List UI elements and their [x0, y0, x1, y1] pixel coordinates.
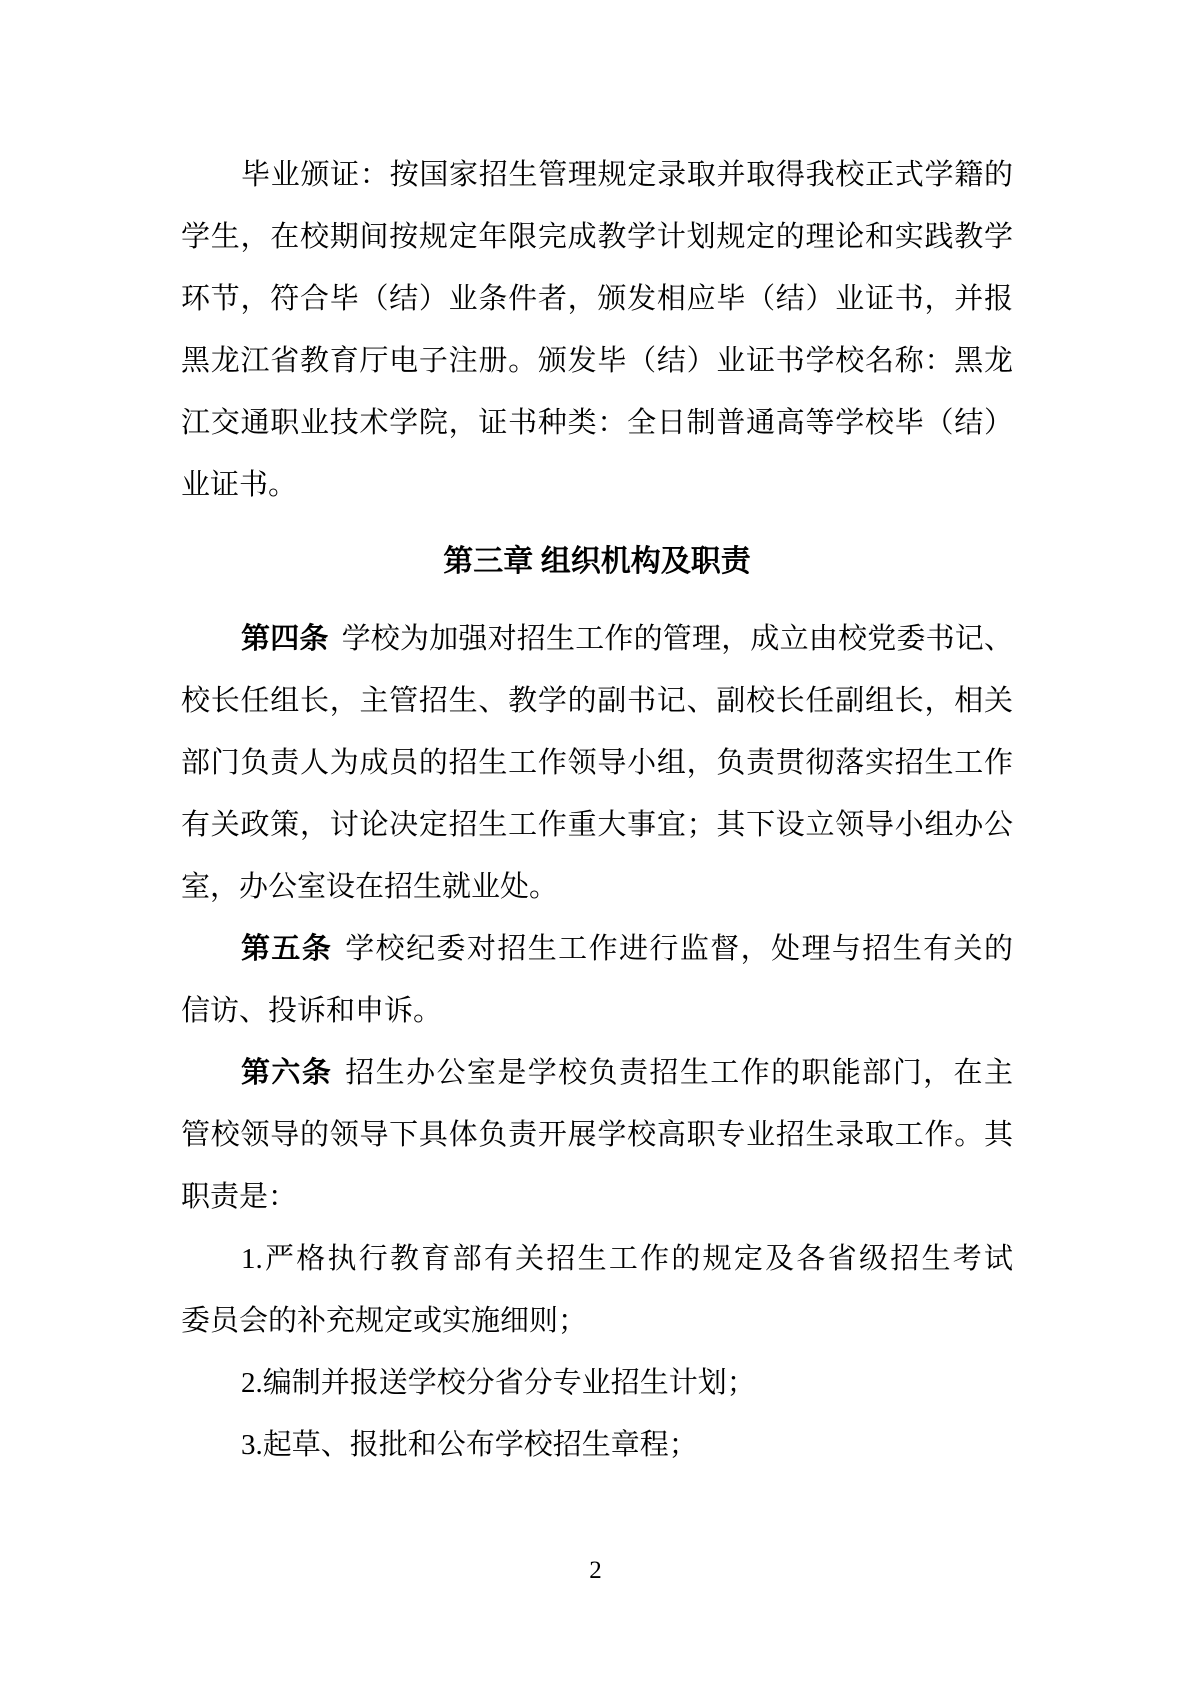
list-item-line: 2.编制并报送学校分省分专业招生计划； — [181, 1352, 1013, 1414]
paragraph-line: 学生，在校期间按规定年限完成教学计划规定的理论和实践教学 — [181, 206, 1013, 268]
list-item-line: 3.起草、报批和公布学校招生章程； — [181, 1414, 1013, 1476]
list-item-line: 委员会的补充规定或实施细则； — [181, 1290, 1013, 1352]
article-text: 学校纪委对招生工作进行监督，处理与招生有关的 — [345, 933, 1013, 965]
paragraph-line: 部门负责人为成员的招生工作领导小组，负责贯彻落实招生工作 — [181, 732, 1013, 794]
paragraph-line: 职责是： — [181, 1166, 1013, 1228]
paragraph-line: 江交通职业技术学院，证书种类：全日制普通高等学校毕（结） — [181, 392, 1013, 454]
paragraph-line: 黑龙江省教育厅电子注册。颁发毕（结）业证书学校名称：黑龙 — [181, 330, 1013, 392]
paragraph-line: 第五条学校纪委对招生工作进行监督，处理与招生有关的 — [181, 918, 1013, 980]
article-text: 学校为加强对招生工作的管理，成立由校党委书记、 — [342, 623, 1013, 655]
paragraph-line: 第六条招生办公室是学校负责招生工作的职能部门，在主 — [181, 1042, 1013, 1104]
article-term: 第六条 — [241, 1057, 332, 1089]
chapter-heading: 第三章 组织机构及职责 — [181, 531, 1013, 593]
paragraph-line: 校长任组长，主管招生、教学的副书记、副校长任副组长，相关 — [181, 670, 1013, 732]
paragraph-line: 环节，符合毕（结）业条件者，颁发相应毕（结）业证书，并报 — [181, 268, 1013, 330]
article-term: 第五条 — [241, 933, 332, 965]
paragraph-line: 业证书。 — [181, 454, 1013, 516]
list-item-line: 1.严格执行教育部有关招生工作的规定及各省级招生考试 — [181, 1228, 1013, 1290]
paragraph-line: 信访、投诉和申诉。 — [181, 980, 1013, 1042]
paragraph-line: 管校领导的领导下具体负责开展学校高职专业招生录取工作。其 — [181, 1104, 1013, 1166]
document-page: 毕业颁证：按国家招生管理规定录取并取得我校正式学籍的 学生，在校期间按规定年限完… — [0, 0, 1191, 1684]
page-number: 2 — [0, 1548, 1191, 1594]
paragraph-line: 第四条学校为加强对招生工作的管理，成立由校党委书记、 — [181, 608, 1013, 670]
document-content: 毕业颁证：按国家招生管理规定录取并取得我校正式学籍的 学生，在校期间按规定年限完… — [181, 144, 1013, 1476]
article-text: 招生办公室是学校负责招生工作的职能部门，在主 — [345, 1057, 1013, 1089]
paragraph-line: 有关政策，讨论决定招生工作重大事宜；其下设立领导小组办公 — [181, 794, 1013, 856]
paragraph-line: 室，办公室设在招生就业处。 — [181, 856, 1013, 918]
paragraph-line: 毕业颁证：按国家招生管理规定录取并取得我校正式学籍的 — [181, 144, 1013, 206]
article-term: 第四条 — [241, 623, 329, 655]
